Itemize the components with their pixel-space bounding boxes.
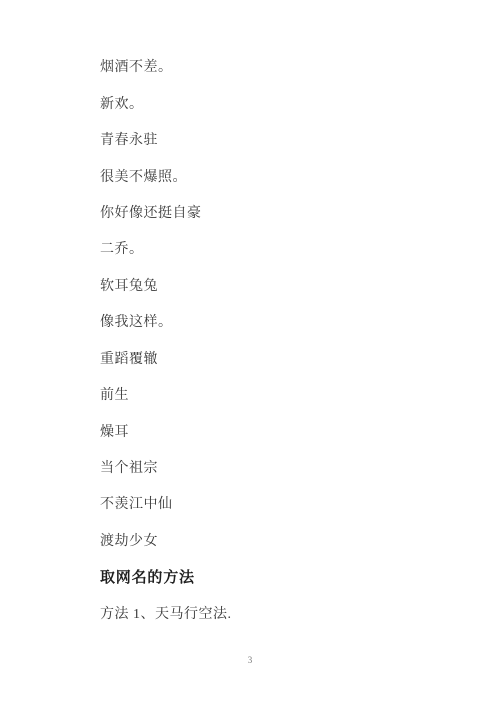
paragraph: 渡劫少女 [100, 522, 460, 558]
page-number: 3 [0, 655, 500, 665]
document-page: 烟酒不差。新欢。青春永驻很美不爆照。你好像还挺自豪二乔。软耳兔兔像我这样。重蹈覆… [0, 0, 500, 707]
paragraph: 前生 [100, 376, 460, 412]
page-content: 烟酒不差。新欢。青春永驻很美不爆照。你好像还挺自豪二乔。软耳兔兔像我这样。重蹈覆… [100, 48, 460, 631]
paragraph: 方法 1、天马行空法. [100, 595, 460, 631]
paragraph: 软耳兔兔 [100, 267, 460, 303]
paragraph: 新欢。 [100, 84, 460, 120]
paragraph: 当个祖宗 [100, 449, 460, 485]
paragraph: 很美不爆照。 [100, 157, 460, 193]
paragraph: 青春永驻 [100, 121, 460, 157]
paragraph: 二乔。 [100, 230, 460, 266]
paragraph: 燥耳 [100, 412, 460, 448]
paragraph: 像我这样。 [100, 303, 460, 339]
paragraph: 重蹈覆辙 [100, 340, 460, 376]
paragraph: 烟酒不差。 [100, 48, 460, 84]
section-heading: 取网名的方法 [100, 558, 460, 594]
paragraph: 不羡江中仙 [100, 485, 460, 521]
paragraph: 你好像还挺自豪 [100, 194, 460, 230]
